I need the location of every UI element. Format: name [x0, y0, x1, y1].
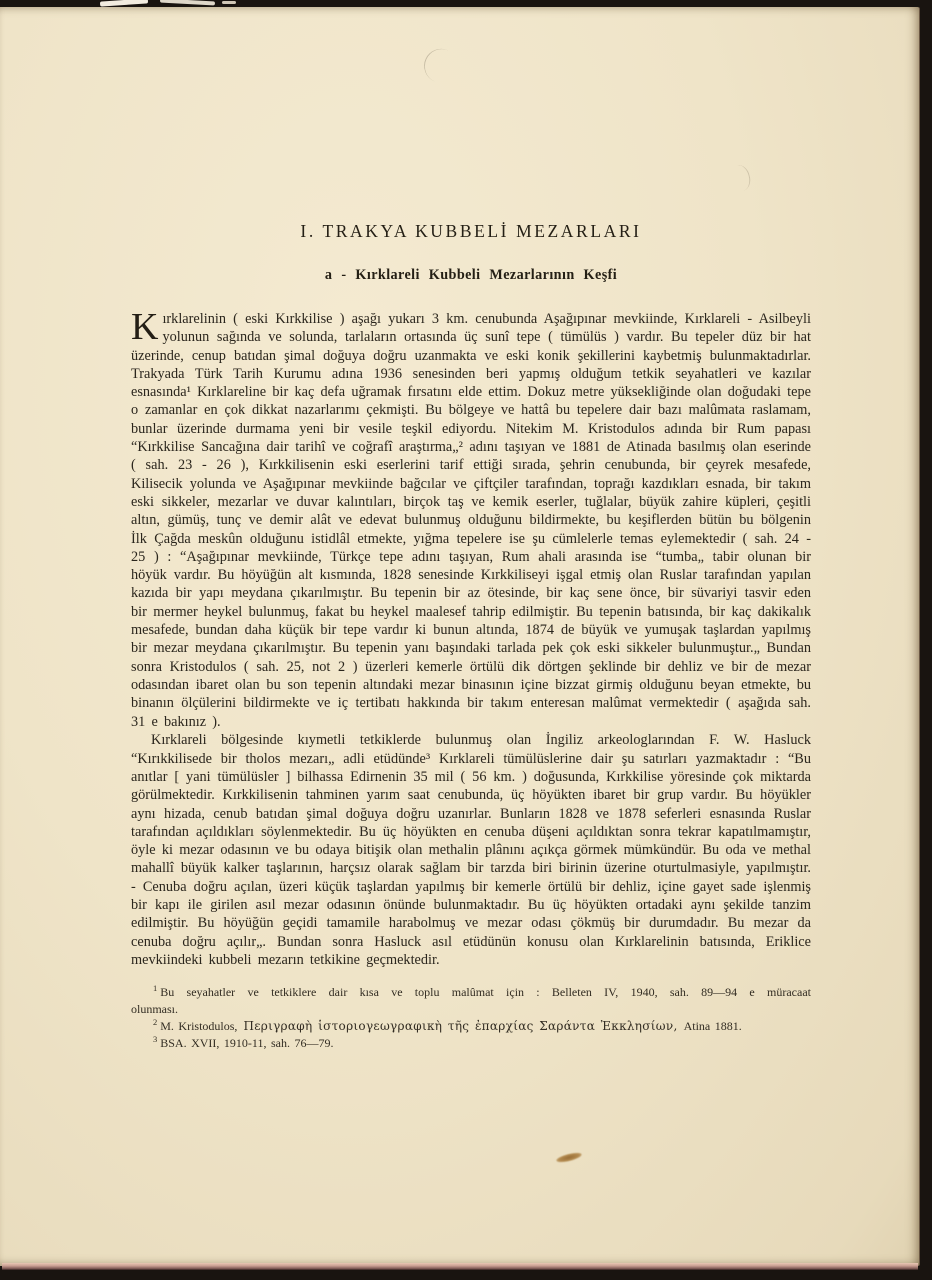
section-subtitle: a - Kırklareli Kubbeli Mezarlarının Keşf… — [131, 267, 811, 284]
footnote-greek-title: Περιγραφὴ ἱστοριογεωγραφικὴ τῆς ἐπαρχίας… — [243, 1019, 677, 1033]
book-page: I. TRAKYA KUBBELİ MEZARLARI a - Kırklare… — [0, 7, 919, 1266]
body-paragraph: Kırklareli bölgesinde kıymetli tetkikler… — [131, 731, 811, 969]
footnote-text: M. Kristodulos, — [160, 1019, 237, 1033]
body-paragraph: Kırklarelinin ( eski Kırkkilise ) aşağı … — [131, 310, 811, 731]
ink-smudge — [556, 1151, 583, 1164]
footnote-marker: 3 — [153, 1034, 157, 1044]
paragraph-text: ırklarelinin ( eski Kırkkilise ) aşağı y… — [131, 311, 811, 730]
footnote-marker: 2 — [153, 1017, 157, 1027]
footnote-text: Atina 1881. — [684, 1019, 742, 1033]
footnotes-block: 1Bu seyahatler ve tetkiklere dair kısa v… — [131, 984, 811, 1052]
body-text: Kırklarelinin ( eski Kırkkilise ) aşağı … — [131, 310, 811, 969]
footnote-text: olunması. — [131, 1002, 178, 1016]
scan-artifact-speck — [100, 0, 148, 7]
footnote-1-line2: olunması. — [131, 1001, 811, 1018]
page-content: I. TRAKYA KUBBELİ MEZARLARI a - Kırklare… — [131, 7, 811, 1052]
footnote-2: 2M. Kristodulos, Περιγραφὴ ἱστοριογεωγρα… — [131, 1018, 811, 1035]
footnote-text: BSA. XVII, 1910-11, sah. 76—79. — [160, 1036, 333, 1050]
footnote-marker: 1 — [153, 983, 157, 993]
page-stack-edge — [2, 1263, 918, 1270]
chapter-title: I. TRAKYA KUBBELİ MEZARLARI — [131, 221, 811, 242]
footnote-3: 3BSA. XVII, 1910-11, sah. 76—79. — [131, 1035, 811, 1052]
dropcap-letter: K — [131, 310, 162, 342]
scan-artifact-speck — [222, 1, 236, 4]
footnote-1-line1: 1Bu seyahatler ve tetkiklere dair kısa v… — [131, 984, 811, 1001]
scan-artifact-speck — [160, 0, 215, 5]
paragraph-text: Kırklareli bölgesinde kıymetli tetkikler… — [131, 732, 811, 968]
footnote-text: Bu seyahatler ve tetkiklere dair kısa ve… — [160, 985, 811, 999]
scan-background: { "doc": { "title": "I. TRAKYA KUBBELİ M… — [0, 0, 932, 1280]
